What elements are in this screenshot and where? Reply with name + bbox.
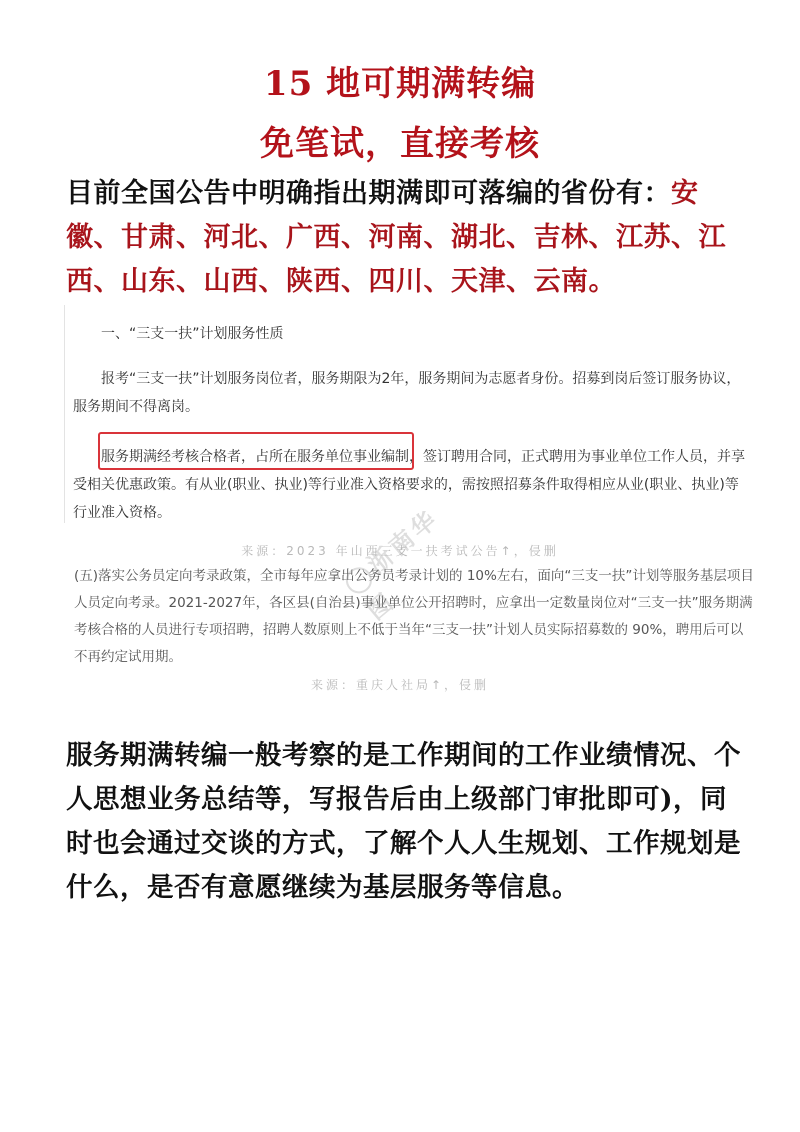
page-subtitle: 免笔试，直接考核	[0, 116, 800, 165]
excerpt-shanxi: 一、“三支一扶”计划服务性质 报考“三支一扶”计划服务岗位者，服务期限为2年，服…	[64, 305, 755, 523]
excerpt-chongqing: (五)落实公务员定向考录政策，全市每年应拿出公务员考录计划的 10%左右，面向“…	[74, 563, 754, 671]
excerpt-heading: 一、“三支一扶”计划服务性质	[101, 323, 284, 343]
excerpt-paragraph-1: 报考“三支一扶”计划服务岗位者，服务期限为2年，服务期间为志愿者身份。招募到岗后…	[73, 365, 748, 421]
intro-lead: 目前全国公告中明确指出期满即可落编的省份有：	[66, 178, 671, 209]
intro-paragraph: 目前全国公告中明确指出期满即可落编的省份有：安徽、甘肃、河北、广西、河南、湖北、…	[66, 172, 746, 304]
highlight-box	[98, 432, 414, 470]
page-title: 15 地可期满转编	[0, 56, 800, 105]
summary-paragraph: 服务期满转编一般考察的是工作期间的工作业绩情况、个人思想业务总结等，写报告后由上…	[66, 734, 746, 910]
source-caption-chongqing: 来源：重庆人社局↑，侵删	[0, 676, 800, 693]
source-caption-shanxi: 来源：2023 年山西三支一扶考试公告↑，侵删	[0, 542, 800, 559]
